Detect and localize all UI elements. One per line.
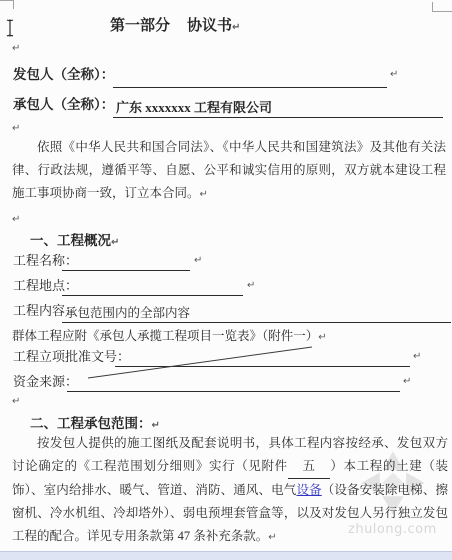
contractor-label: 承包人（全称）： bbox=[13, 96, 114, 114]
project-name-field[interactable] bbox=[62, 252, 190, 271]
text-boundary-corner-top-right bbox=[432, 2, 452, 12]
paragraph-mark-icon: ↵ bbox=[390, 70, 398, 80]
paragraph-mark-icon: ↵ bbox=[247, 281, 255, 291]
project-name-row: 工程名称： ↵ bbox=[0, 252, 452, 276]
strikethrough-line bbox=[84, 342, 316, 382]
scope-paragraph: 按发包人提供的施工图纸及配套说明书，具体工程内容按经承、发包双方讨论确定的《工程… bbox=[12, 432, 448, 548]
project-content-field[interactable]: 承包范围内的全部内容 bbox=[62, 304, 451, 323]
section2-heading: 二、工程承包范围：↵ bbox=[30, 412, 160, 432]
paragraph-mark-icon: ↵ bbox=[232, 22, 240, 33]
equipment-link[interactable]: 设备 bbox=[296, 483, 321, 497]
paragraph-mark-icon: ↵ bbox=[194, 256, 202, 266]
section1-heading: 一、工程概况↵ bbox=[30, 229, 119, 249]
paragraph-mark-icon: ↵ bbox=[268, 532, 276, 543]
paragraph-mark-icon: ↵ bbox=[12, 215, 20, 225]
contractor-name-field[interactable]: 广东 xxxxxxx 工程有限公司 bbox=[113, 99, 443, 118]
paragraph-mark-icon: ↵ bbox=[152, 420, 160, 431]
paragraph-mark-icon: ↵ bbox=[403, 377, 411, 387]
title-part: 第一部分 bbox=[110, 18, 170, 34]
paragraph-mark-icon: ↵ bbox=[318, 332, 326, 343]
bottom-bar bbox=[0, 551, 452, 560]
employer-row: 发包人（全称）： ↵ bbox=[0, 66, 452, 90]
preamble-paragraph: 依照《中华人民共和国合同法》、《中华人民共和国建筑法》及其他有关法律、行政法规，… bbox=[12, 136, 446, 205]
employer-label: 发包人（全称）： bbox=[13, 66, 114, 84]
text-boundary-corner-top-left bbox=[0, 0, 14, 9]
attachment-number-field[interactable]: 五 bbox=[288, 455, 330, 479]
paragraph-mark-icon: ↵ bbox=[200, 189, 208, 200]
employer-name-field[interactable] bbox=[113, 69, 387, 88]
paragraph-mark-icon: ↵ bbox=[12, 124, 20, 134]
text-cursor-icon bbox=[5, 19, 15, 37]
project-content-row: 工程内容： 承包范围内的全部内容 bbox=[0, 302, 452, 326]
contractor-row: 承包人（全称）： 广东 xxxxxxx 工程有限公司 bbox=[0, 96, 452, 120]
project-site-field[interactable] bbox=[62, 277, 243, 296]
group-project-note-text: 群体工程应附《承包人承揽工程项目一览表》（附件一） bbox=[12, 329, 318, 343]
section2-heading-text: 二、工程承包范围： bbox=[30, 416, 152, 431]
paragraph-mark-icon: ↵ bbox=[111, 237, 119, 248]
paragraph-mark-icon: ↵ bbox=[413, 352, 421, 362]
paragraph-mark-icon: ↵ bbox=[12, 397, 20, 407]
word-document-page: zhulong.com 第一部分协议书↵ ↵ 发包人（全称）： ↵ 承包人（全称… bbox=[0, 0, 452, 560]
paragraph-mark-icon: ↵ bbox=[12, 44, 20, 54]
document-title: 第一部分协议书↵ bbox=[110, 14, 240, 35]
project-site-row: 工程地点： ↵ bbox=[0, 277, 452, 301]
title-name: 协议书 bbox=[187, 18, 232, 34]
preamble-text: 依照《中华人民共和国合同法》、《中华人民共和国建筑法》及其他有关法律、行政法规，… bbox=[12, 140, 446, 200]
section1-heading-text: 一、工程概况 bbox=[30, 233, 111, 248]
